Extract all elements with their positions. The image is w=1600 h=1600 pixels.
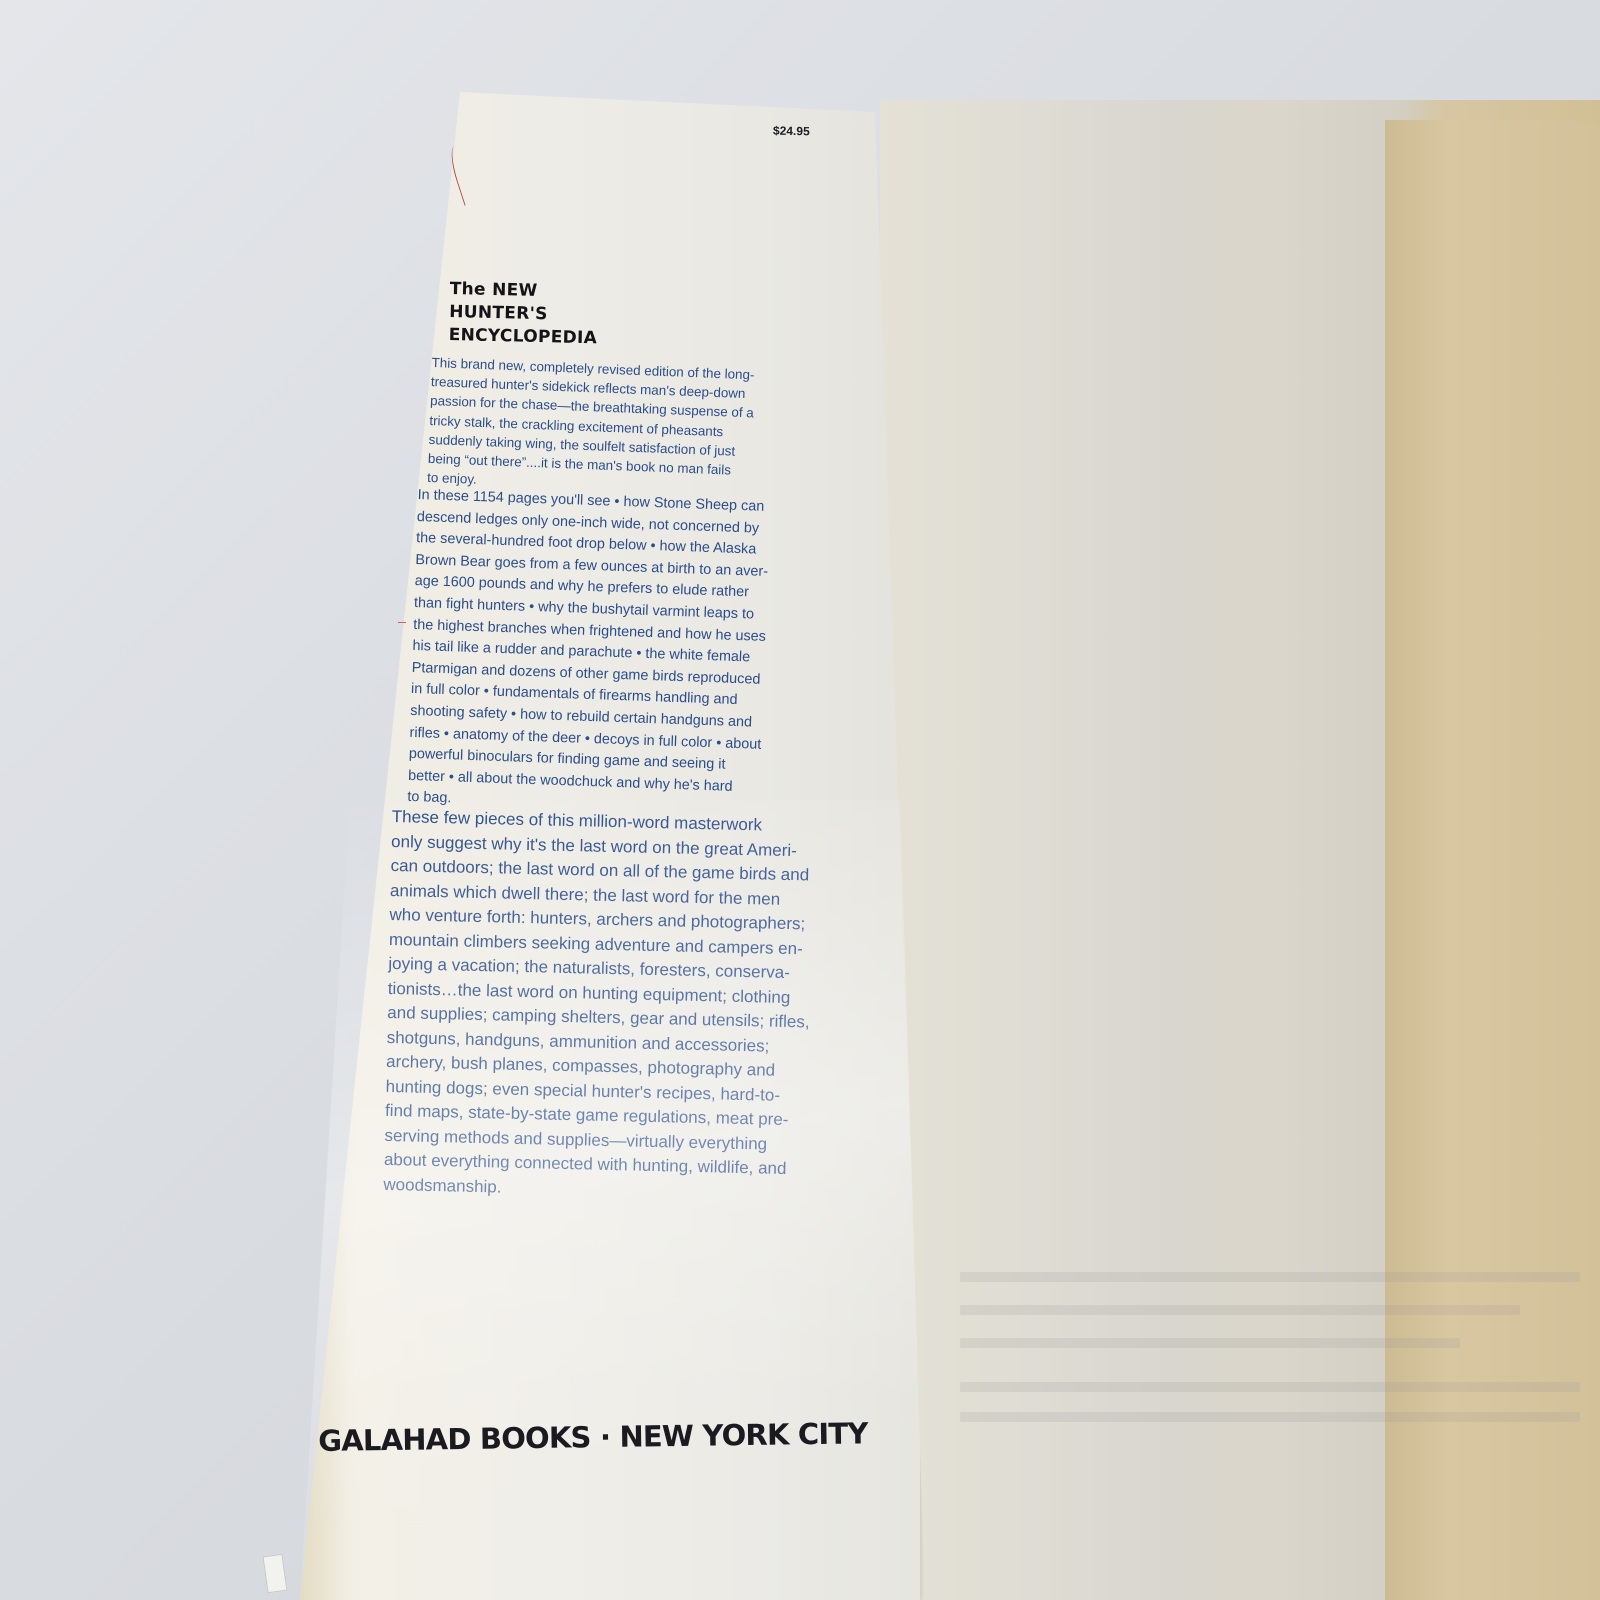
blurb-paragraph-highlights: In these 1154 pages you'll see • how Sto…: [407, 485, 822, 822]
show-through-text: [960, 1272, 1580, 1282]
book-title: The NEW HUNTER'S ENCYCLOPEDIA: [448, 278, 598, 350]
title-line: The NEW: [449, 278, 598, 304]
show-through-text: [960, 1338, 1460, 1348]
torn-corner: [263, 1554, 288, 1593]
blurb-paragraph-intro: This brand new, completely revised editi…: [427, 353, 820, 502]
price-label: $24.95: [773, 124, 810, 139]
pen-tick: [398, 622, 406, 626]
aged-page-edge: [1385, 120, 1600, 1600]
show-through-text: [960, 1412, 1580, 1422]
photo-scene: $24.95 The NEW HUNTER'S ENCYCLOPEDIA Thi…: [0, 0, 1600, 1600]
book-page-shadow: [880, 100, 1160, 1600]
title-line: HUNTER'S: [449, 301, 598, 327]
show-through-text: [960, 1305, 1520, 1315]
title-line: ENCYCLOPEDIA: [448, 324, 597, 350]
show-through-text: [960, 1382, 1580, 1392]
blurb-paragraph-summary: These few pieces of this million-word ma…: [383, 805, 830, 1207]
